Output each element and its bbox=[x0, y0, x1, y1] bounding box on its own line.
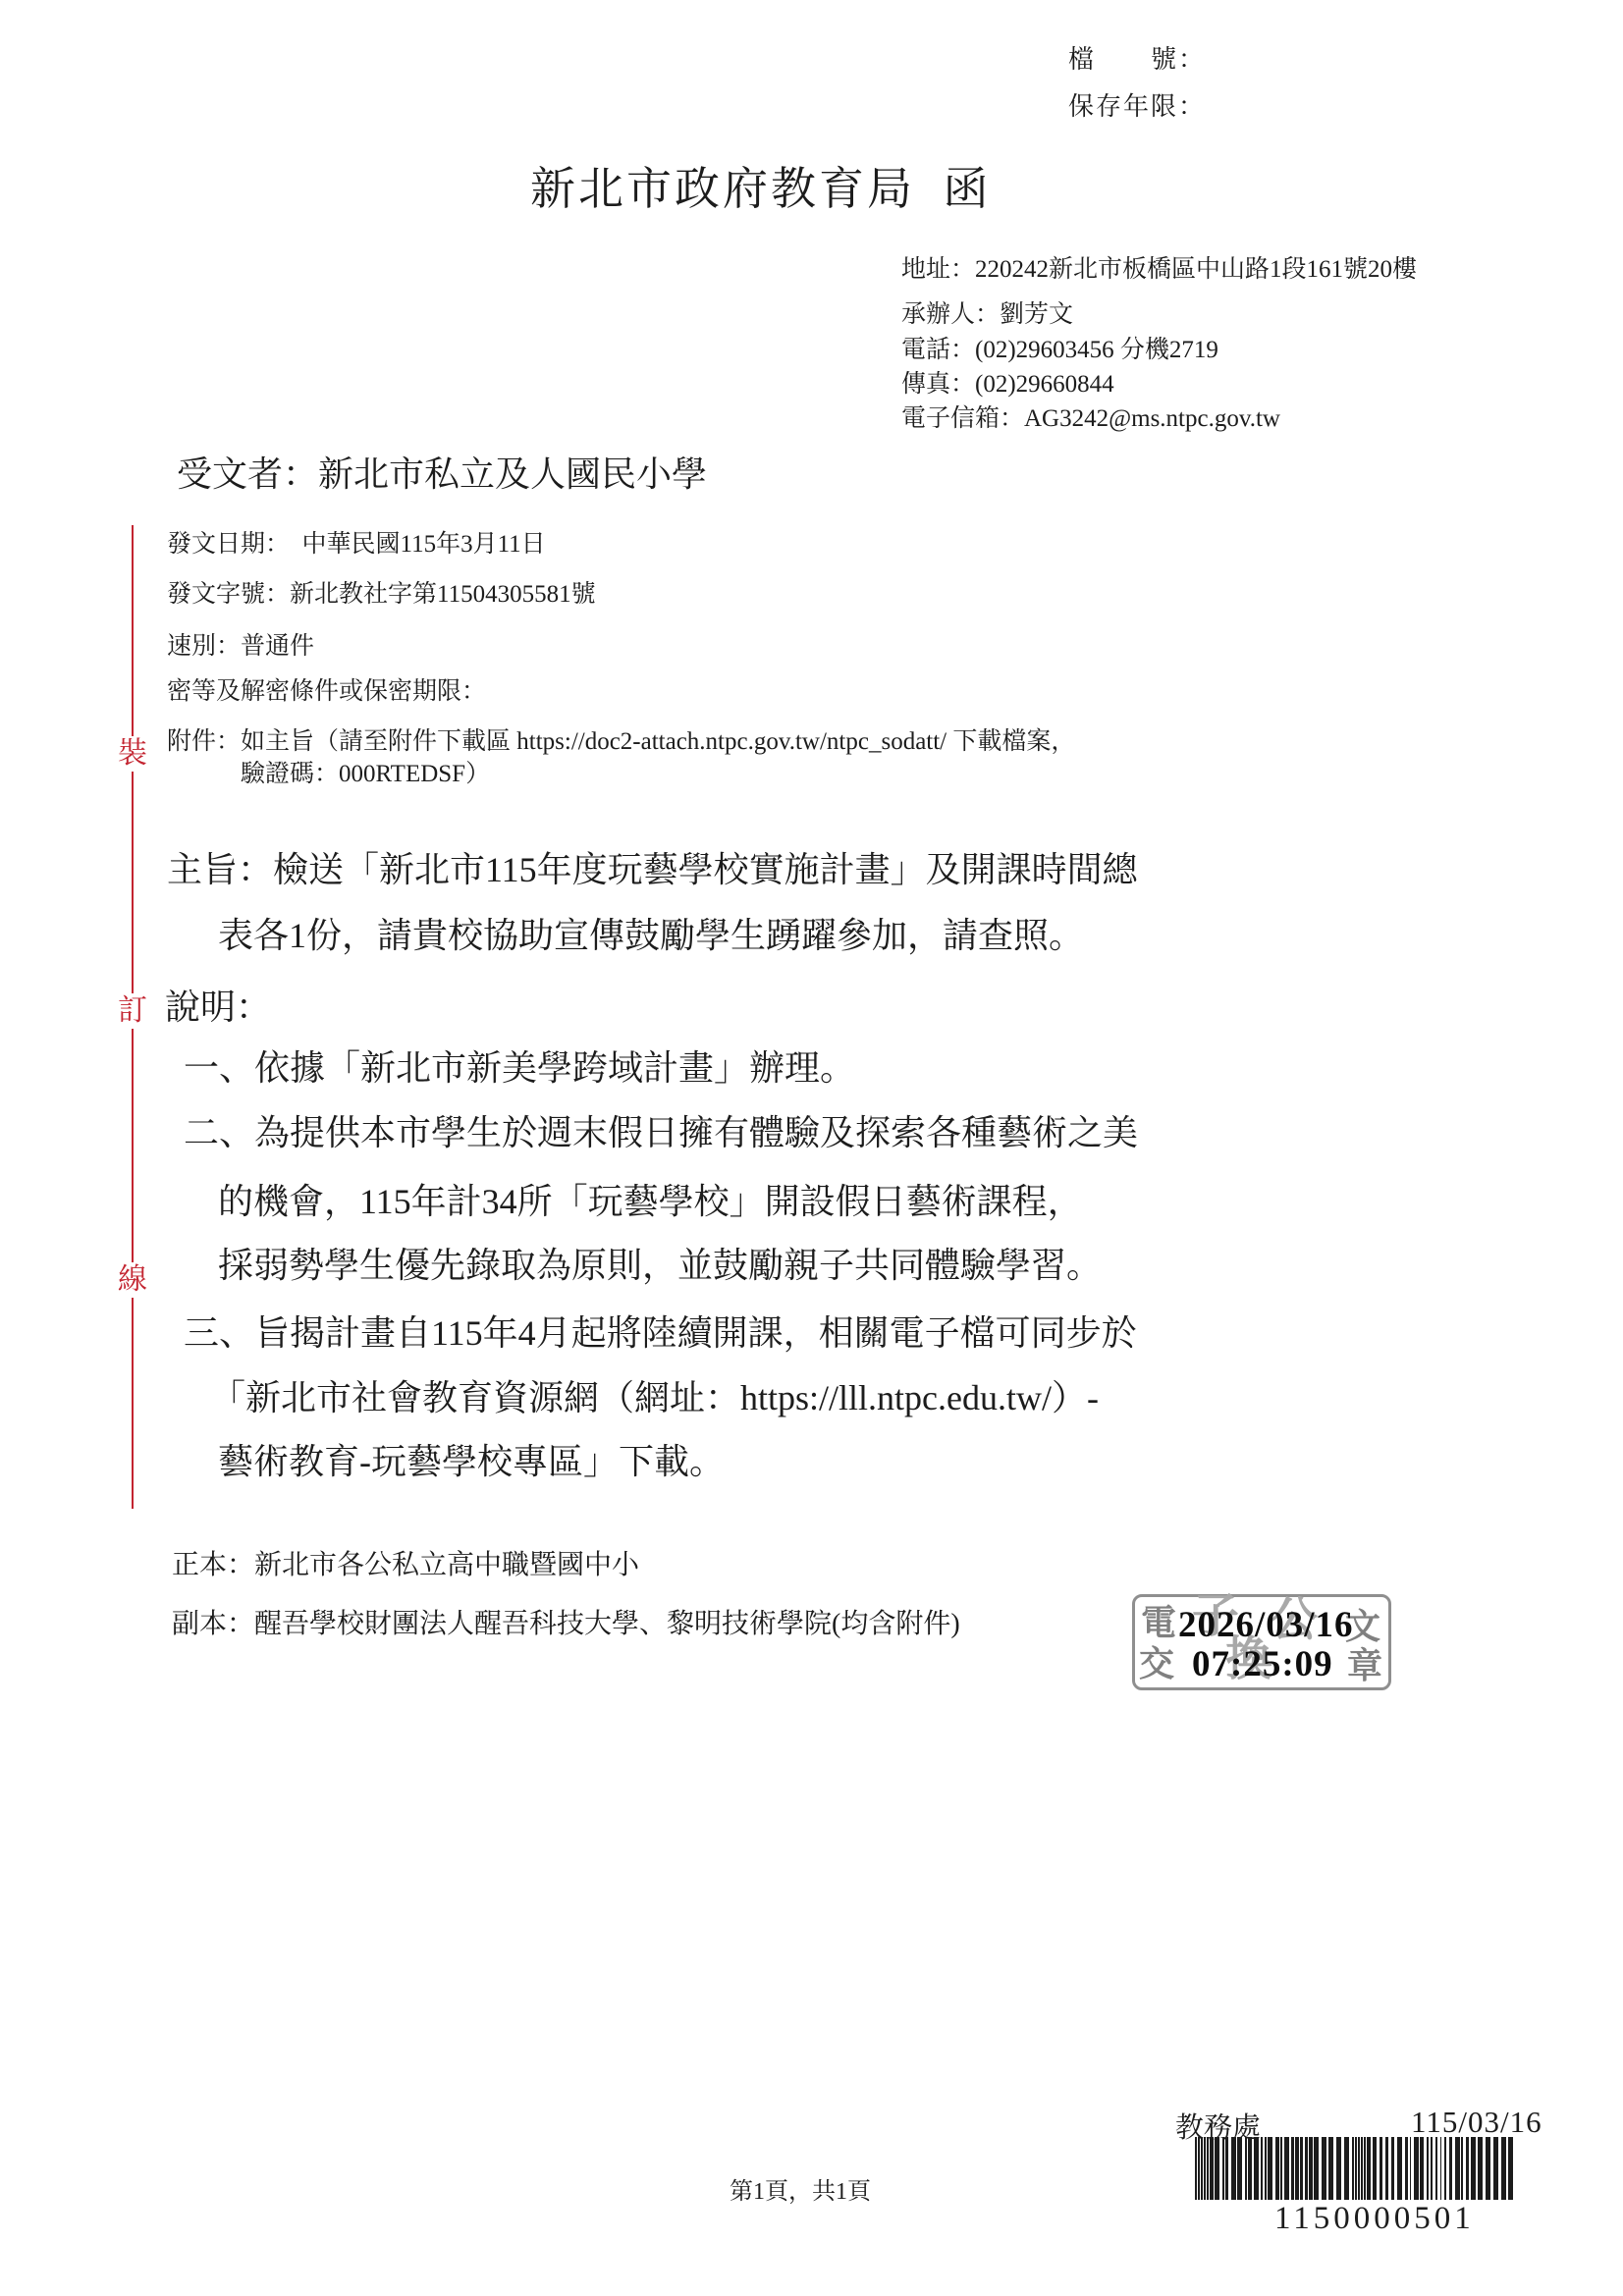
explanation-label: 說明： bbox=[165, 980, 271, 1030]
speed-class-line: 速別：普通件 bbox=[167, 626, 314, 662]
explanation-item-2-line-2: 的機會，115年計34所「玩藝學校」開設假日藝術課程， bbox=[218, 1174, 1083, 1224]
sender-phone: 電話：(02)29603456 分機2719 bbox=[901, 330, 1218, 365]
doc-number-line: 發文字號：新北教社字第11504305581號 bbox=[167, 574, 596, 610]
stamp-time: 07:25:09 bbox=[1192, 1646, 1333, 1682]
binding-char-zhuang: 裝 bbox=[117, 736, 148, 772]
attachment-line-2: 驗證碼：000RTEDSF） bbox=[241, 754, 490, 789]
explanation-item-3-line-3: 藝術教育-玩藝學校專區」下載。 bbox=[218, 1434, 725, 1484]
barcode bbox=[1195, 2137, 1517, 2200]
explanation-item-1: 一、依據「新北市新美學跨域計畫」辦理。 bbox=[184, 1041, 855, 1091]
cc-copy-line: 副本：醒吾學校財團法人醒吾科技大學、黎明技術學院(均含附件) bbox=[172, 1602, 960, 1641]
stamp-char-zhang: 章 bbox=[1347, 1648, 1382, 1683]
page-footer: 第1頁，共1頁 bbox=[730, 2171, 871, 2206]
issue-date-line: 發文日期： 中華民國115年3月11日 bbox=[167, 524, 546, 560]
subject-line-1: 主旨：檢送「新北市115年度玩藝學校實施計畫」及開課時間總 bbox=[167, 842, 1138, 892]
explanation-item-2-line-3: 採弱勢學生優先錄取為原則，並鼓勵親子共同體驗學習。 bbox=[218, 1238, 1102, 1288]
sender-email: 電子信箱：AG3242@ms.ntpc.gov.tw bbox=[901, 399, 1280, 434]
security-class-line: 密等及解密條件或保密期限： bbox=[167, 671, 486, 707]
subject-line-2: 表各1份，請貴校協助宣傳鼓勵學生踴躍參加，請查照。 bbox=[218, 908, 1084, 958]
attachment-line-1: 附件：如主旨（請至附件下載區 https://doc2-attach.ntpc.… bbox=[167, 721, 1075, 757]
retention-period-label: 保存年限： bbox=[1068, 86, 1206, 123]
explanation-item-3-line-1: 三、旨揭計畫自115年4月起將陸續開課，相關電子檔可同步於 bbox=[184, 1306, 1137, 1356]
electronic-exchange-stamp: 電 交 文 章 子 公 換 2026/03/16 07:25:09 bbox=[1132, 1594, 1391, 1690]
department-date: 115/03/16 bbox=[1411, 2105, 1542, 2140]
document-title: 新北市政府教育局 函 bbox=[530, 153, 992, 218]
binding-char-xian: 線 bbox=[117, 1262, 148, 1298]
sender-address: 地址：220242新北市板橋區中山路1段161號20樓 bbox=[901, 249, 1417, 285]
original-copy-line: 正本：新北市各公私立高中職暨國中小 bbox=[172, 1543, 639, 1582]
stamp-char-dian: 電 bbox=[1141, 1605, 1176, 1640]
recipient-line: 受文者：新北市私立及人國民小學 bbox=[177, 447, 707, 497]
stamp-char-jiao: 交 bbox=[1139, 1646, 1174, 1682]
explanation-item-2-line-1: 二、為提供本市學生於週末假日擁有體驗及探索各種藝術之美 bbox=[184, 1105, 1138, 1155]
official-letter-page: 檔 號： 保存年限： 新北市政府教育局 函 地址：220242新北市板橋區中山路… bbox=[0, 0, 1623, 2296]
sender-contact-person: 承辦人：劉芳文 bbox=[901, 294, 1073, 330]
barcode-number: 1150000501 bbox=[1274, 2201, 1475, 2237]
file-number-label: 檔 號： bbox=[1068, 39, 1206, 76]
explanation-item-3-line-2: 「新北市社會教育資源網（網址：https://lll.ntpc.edu.tw/）… bbox=[210, 1370, 1099, 1420]
binding-char-ding: 訂 bbox=[117, 993, 148, 1029]
stamp-date: 2026/03/16 bbox=[1178, 1607, 1354, 1643]
sender-fax: 傳真：(02)29660844 bbox=[901, 364, 1114, 400]
